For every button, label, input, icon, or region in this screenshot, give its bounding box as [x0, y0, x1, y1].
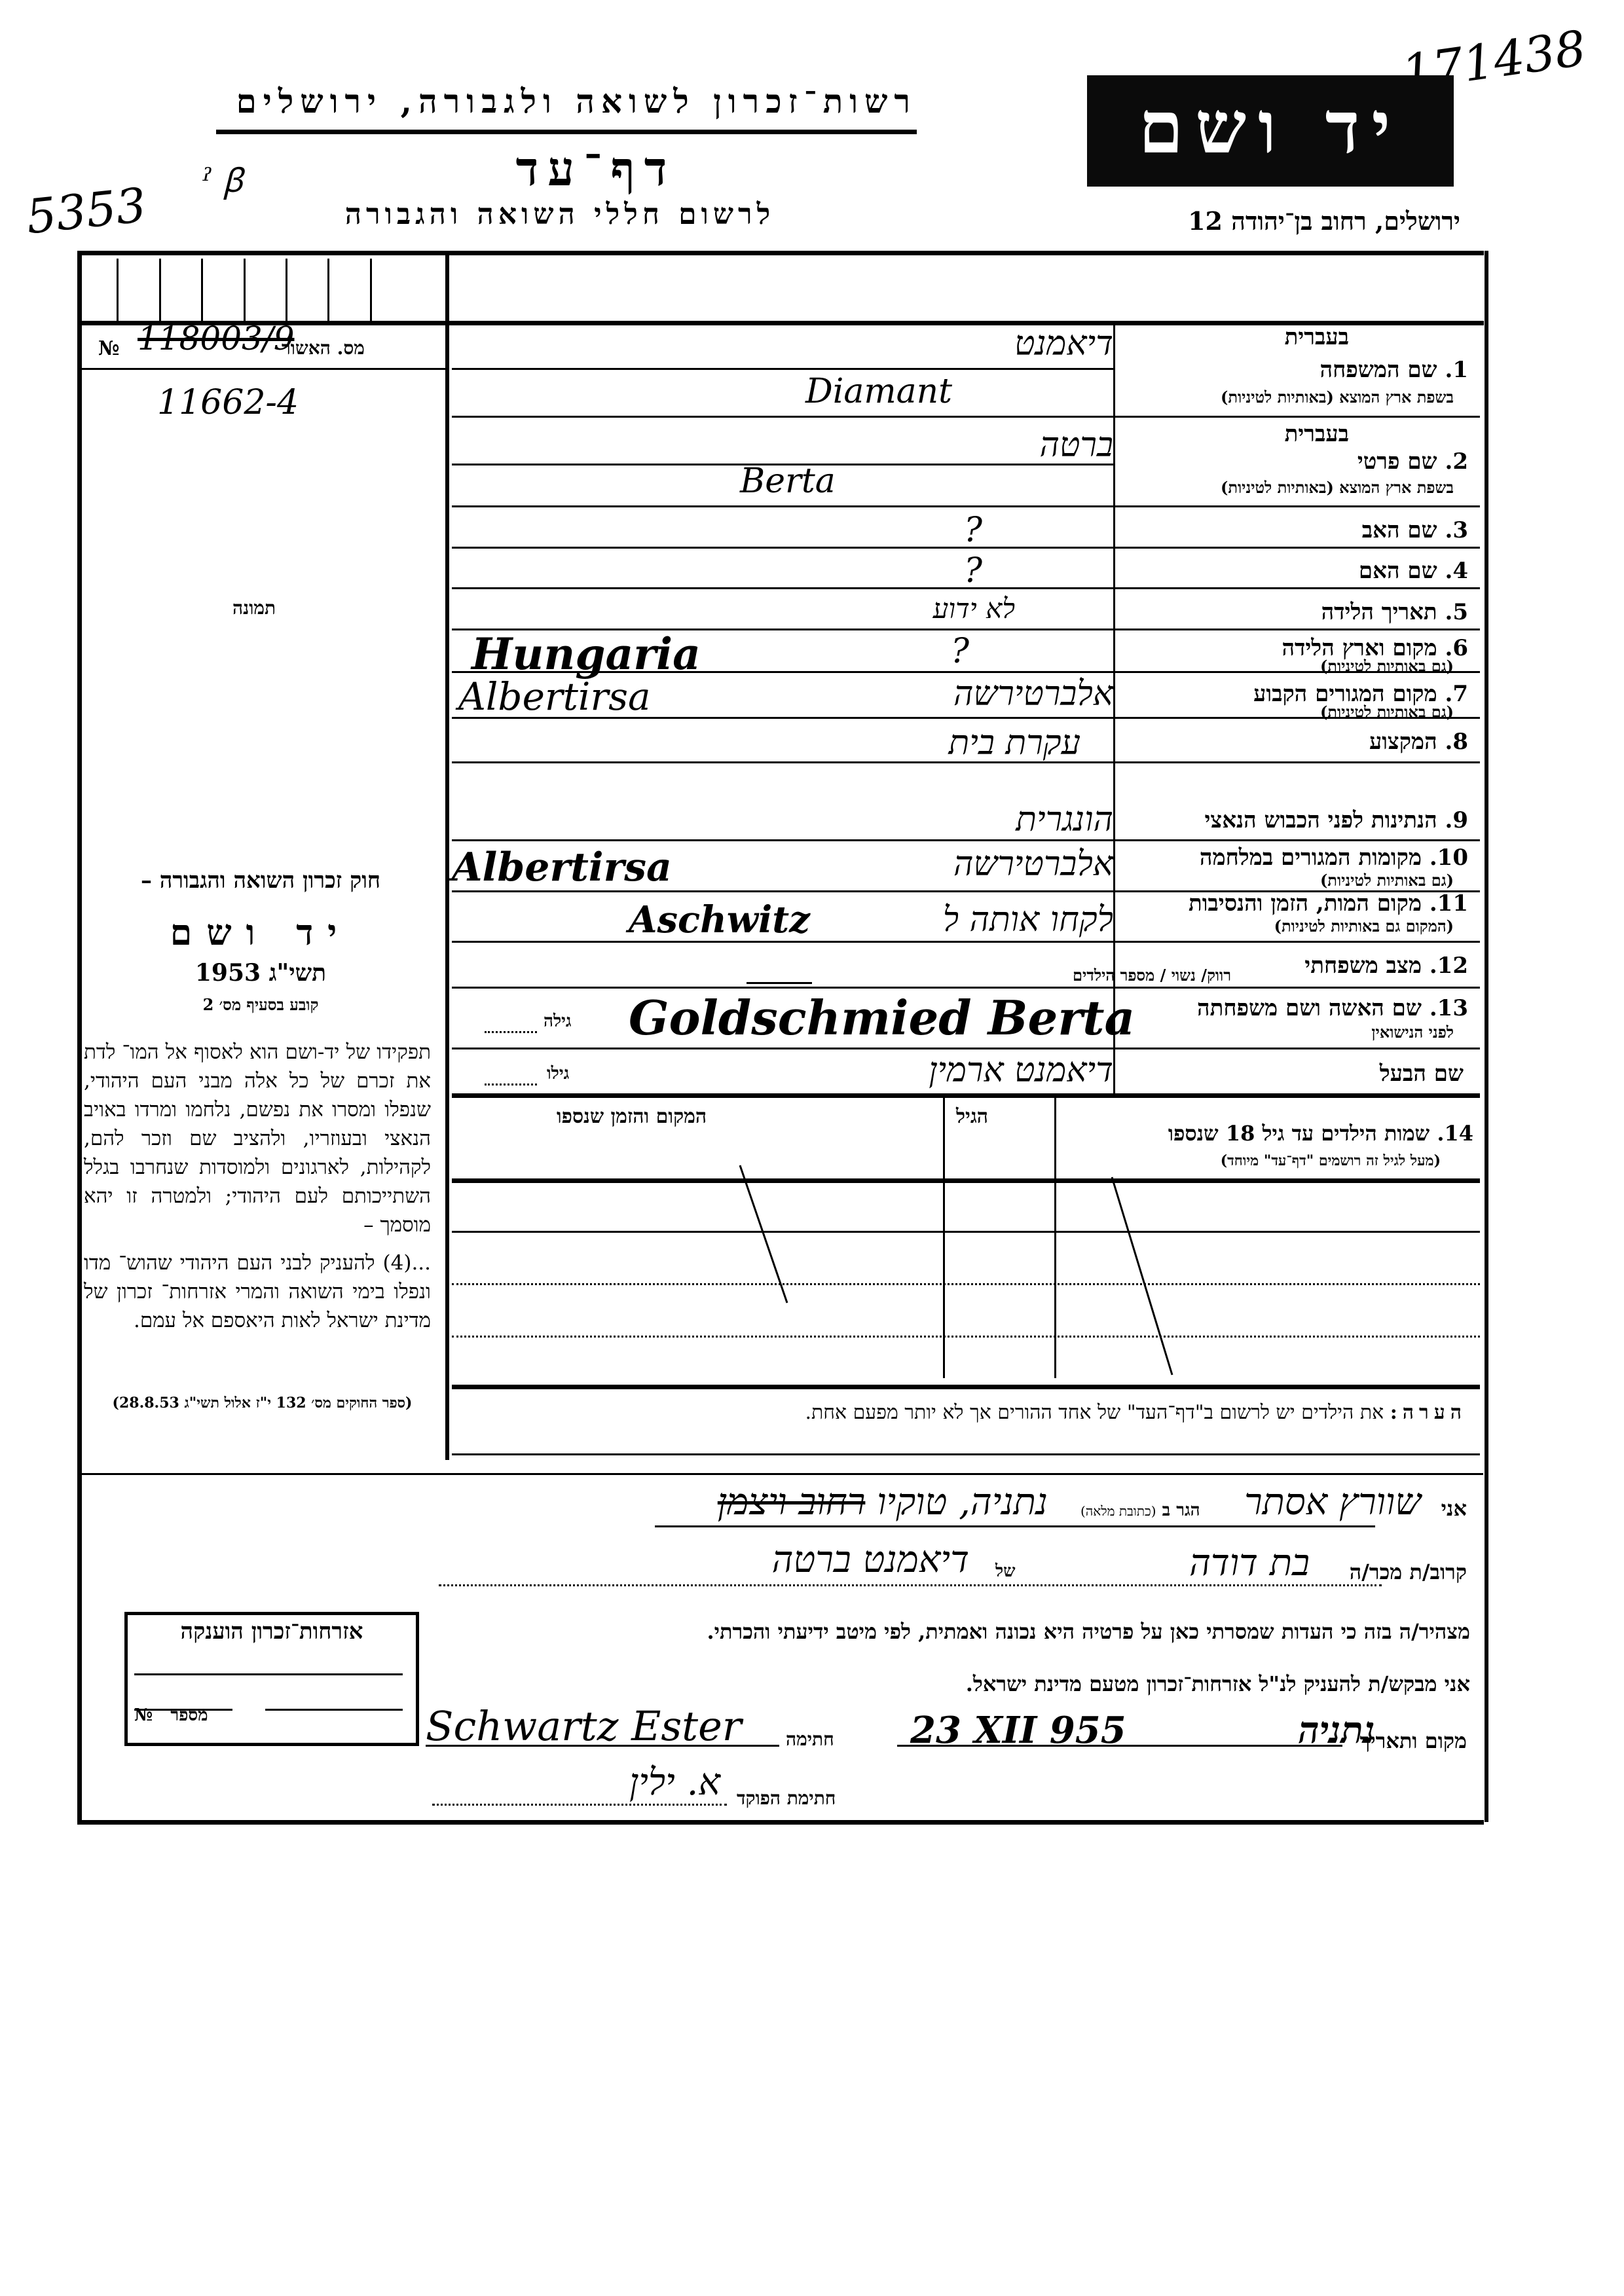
relation-label: קרוב/ת מכר/ה — [1350, 1559, 1467, 1584]
field-7-value-latin[interactable]: Albertirsa — [458, 674, 651, 719]
citizenship-request: אני מבקש/ת להעניק לנ"ל אזרחות־זכרון מטעם… — [452, 1671, 1470, 1696]
field-11-value-he[interactable]: לקחו אותה ל — [884, 900, 1113, 939]
law-title: חוק זכרון השואה והגבורה – — [84, 867, 437, 894]
form-title: דף־עד — [458, 141, 733, 197]
law-paragraph-2: ...(4) להעניק לבני העם היהודי שהוש־ מדו … — [84, 1248, 431, 1335]
citizenship-rule — [134, 1673, 403, 1675]
law-paragraph-1: תפקידו של יד-ושם הוא לאסוף אל המו־ לדת א… — [84, 1038, 431, 1239]
row-rule — [452, 1093, 1480, 1098]
field-6-sub: (גם באותיות לטיניות) — [1320, 657, 1454, 676]
field-9-label: 9. הנתינות לפני הכבוש הנאצי — [1205, 807, 1469, 833]
remark-rule — [452, 1453, 1480, 1455]
field-3-label: 3. שם האב — [1362, 517, 1468, 543]
husband-name-value[interactable]: דיאמנט ארמין — [720, 1051, 1113, 1090]
row-rule — [452, 987, 1480, 989]
field-13-label: 13. שם האשה ושם משפחתה — [1197, 995, 1468, 1021]
wife-age-field[interactable] — [485, 1031, 537, 1033]
signature-label: חתימה — [786, 1728, 834, 1751]
field-2-label: 2. שם פרטי — [1357, 448, 1468, 475]
children-col-place: המקום והזמן שנספו — [557, 1105, 707, 1128]
frame-bottom-rule — [77, 1820, 1484, 1825]
remark-tag: הערה: — [1390, 1401, 1467, 1424]
relation-value[interactable]: בת דודה — [1113, 1542, 1310, 1584]
children-col-age: הגיל — [956, 1105, 988, 1128]
left-column-divider — [445, 255, 449, 1460]
row-rule — [452, 505, 1480, 507]
field-10-value-latin[interactable]: Albertirsa — [452, 845, 672, 890]
ruler-tick — [327, 259, 329, 321]
resident-label: הגר ב (כתובת מלאה) — [1080, 1501, 1200, 1520]
date-rule — [897, 1745, 1342, 1747]
declaration-statement: מצהיר/ה בזה כי העדות שמסרתי כאן על פרטיה… — [452, 1619, 1470, 1644]
officer-rule — [432, 1804, 727, 1806]
header-rule — [216, 130, 917, 134]
law-year: תשי"ג 1953 — [84, 959, 437, 987]
relation-rule — [439, 1584, 1382, 1586]
ruler-tick — [117, 259, 119, 321]
field-10-label: 10. מקומות המגורים במלחמה — [1200, 845, 1468, 871]
husband-name-label: שם הבעל — [1380, 1061, 1464, 1087]
margin-mark: ˀ ꞵ — [203, 157, 243, 202]
row-rule — [452, 941, 1480, 943]
field-1-value-latin[interactable]: Diamant — [805, 372, 952, 411]
declarant-address[interactable]: נתניה, טוקיו רחוב ויצמן — [445, 1481, 1048, 1523]
field-1-lang-tag: בעברית — [1285, 324, 1349, 350]
field-11-sub: (המקום גם באותיות לטיניות) — [1274, 917, 1454, 936]
husband-age-label: גילו — [547, 1064, 569, 1084]
field-5-label: 5. תאריך הלידה — [1321, 599, 1468, 625]
field-7-value-he[interactable]: אלברטירשה — [917, 674, 1113, 714]
approval-number-value: 11662-4 — [157, 383, 299, 422]
row-rule — [452, 1048, 1480, 1049]
approval-number-glyph: № — [98, 337, 120, 360]
field-6-value-he[interactable]: ? — [904, 632, 969, 671]
children-row-2[interactable] — [452, 1283, 1480, 1285]
field-2-value-he[interactable]: ברטה — [851, 426, 1113, 465]
field-6-value-latin[interactable]: Hungaria — [471, 629, 701, 680]
declaration-i-label: אני — [1441, 1496, 1467, 1521]
ruler-tick — [244, 259, 246, 321]
address-rule — [655, 1525, 1375, 1527]
field-12-sub: רווק/ נשוי / מספר הילדים — [1073, 966, 1231, 985]
remark-text: את הילדים יש לרשום ב"דף־העד" של אחד ההור… — [805, 1401, 1384, 1424]
field-1-value-he[interactable]: דיאמנט — [851, 324, 1113, 363]
approval-number-struck: 118003/9 — [138, 319, 295, 357]
field-13-sub: לפני הנישואין — [1371, 1023, 1454, 1042]
citizenship-box-title: אזרחות־זכרון הוענקה — [124, 1618, 419, 1645]
children-remark: הערה: את הילדים יש לרשום ב"דף־העד" של אח… — [458, 1401, 1467, 1424]
institution-address: ירושלים, רחוב בן־יהודה 12 — [1080, 206, 1460, 236]
field-9-value[interactable]: הונגרית — [851, 800, 1113, 839]
children-name-strike — [1107, 1172, 1185, 1388]
approval-number-label: מס. האשור — [282, 337, 365, 359]
wife-age-label: גילה — [544, 1011, 572, 1031]
law-source: (ספר החוקים מס׳ 132 י"ז אלול תשי"ג 28.8.… — [84, 1394, 441, 1412]
field-11-label: 11. מקום המות, הזמן והנסיבות — [1189, 890, 1468, 917]
field-8-value[interactable]: עקרת בית — [819, 723, 1080, 763]
organization-title: רשות־זכרון לשואה ולגבורה, ירושלים — [216, 82, 917, 120]
logo-text: יד ושם — [1087, 85, 1454, 170]
signature-value[interactable]: Schwartz Ester — [426, 1702, 741, 1750]
children-sub: (מעל לגיל זה רושמים "דף־עד" מיוחד) — [1221, 1152, 1441, 1169]
signature-rule — [426, 1745, 779, 1747]
margin-handwritten-number: 5353 — [24, 177, 149, 245]
of-label: של — [995, 1561, 1016, 1581]
row-rule — [452, 368, 1113, 370]
declarant-name[interactable]: שוורץ אסתר — [1225, 1481, 1421, 1523]
row-rule — [452, 416, 1480, 418]
field-12-label: 12. מצב משפחתי — [1304, 953, 1468, 979]
field-11-value-latin[interactable]: Aschwitz — [629, 898, 810, 941]
ruler-tick — [201, 259, 203, 321]
field-1-sub: בשפת ארץ המוצא (באותיות לטיניות) — [1221, 388, 1454, 407]
law-clause: קובע בסעיף מס׳ 2 — [84, 995, 437, 1015]
citizenship-rule — [265, 1709, 403, 1711]
children-place-strike — [733, 1159, 799, 1316]
field-5-value[interactable]: לא ידוע — [851, 592, 1015, 625]
photo-placeholder-label: תמונה — [232, 597, 276, 619]
children-row-1[interactable] — [452, 1231, 1480, 1233]
citizenship-number-label: מספר — [170, 1705, 208, 1725]
children-header-rule — [452, 1178, 1480, 1183]
field-2-value-latin[interactable]: Berta — [740, 462, 836, 501]
officer-signature[interactable]: א. ילין — [563, 1761, 720, 1804]
citizenship-number-glyph: № — [134, 1705, 153, 1725]
field-7-sub: (גם באותיות לטיניות) — [1320, 702, 1454, 722]
field-10-sub: (גם באותיות לטיניות) — [1320, 871, 1454, 890]
place-date-label: מקום ותאריך — [1360, 1728, 1467, 1753]
ruler-tick — [286, 259, 287, 321]
of-value[interactable]: דיאמנט ברטה — [629, 1539, 969, 1581]
citizenship-number: № מספר — [134, 1705, 208, 1725]
field-4-label: 4. שם האם — [1359, 558, 1468, 584]
ruler-tick — [370, 259, 372, 321]
form-subtitle: לרשום חללי השואה והגבורה — [282, 198, 838, 231]
field-4-value[interactable]: ? — [851, 551, 982, 591]
law-name: יד ושם — [84, 911, 437, 953]
field-1-label: 1. שם המשפחה — [1320, 357, 1468, 383]
children-row-3[interactable] — [452, 1336, 1480, 1338]
field-12-value-line[interactable] — [747, 982, 812, 984]
husband-age-field[interactable] — [485, 1084, 537, 1085]
ruler-tick — [159, 259, 161, 321]
section-rule — [82, 1473, 1483, 1475]
field-10-value-he[interactable]: אלברטירשה — [917, 845, 1113, 884]
field-13-value-latin[interactable]: Goldschmied Berta — [629, 990, 1135, 1046]
approval-rule — [82, 368, 445, 370]
law-body: תפקידו של יד-ושם הוא לאסוף אל המו־ לדת א… — [84, 1038, 431, 1344]
frame-top-rule — [77, 251, 1484, 255]
field-8-label: 8. המקצוע — [1369, 729, 1468, 755]
children-label: 14. שמות הילדים עד גיל 18 שנספו — [1168, 1121, 1473, 1146]
row-rule — [452, 839, 1480, 841]
field-2-lang-tag: בעברית — [1285, 421, 1349, 447]
children-bottom-rule — [452, 1385, 1480, 1389]
field-2-sub: בשפת ארץ המוצא (באותיות לטיניות) — [1221, 478, 1454, 498]
officer-signature-label: חתימת הפוקד — [737, 1787, 836, 1810]
field-3-value[interactable]: ? — [851, 511, 982, 550]
